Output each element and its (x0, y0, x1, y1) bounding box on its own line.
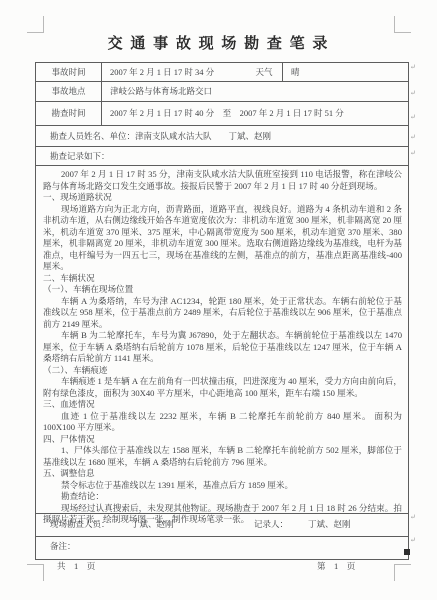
row-end-mark: ↵ (410, 64, 416, 71)
crop-mark-bottom-left (27, 564, 44, 581)
accident-place-value[interactable]: 津岐公路与体育场北路交口 (102, 82, 408, 101)
record-paragraph: 血迹 1 位于基准线以左 2232 厘米，车辆 B 二轮摩托车前轮前方 840 … (43, 411, 402, 434)
weather-value[interactable]: 晴 (283, 63, 408, 81)
record-section-heading: 二、车辆状况 (43, 273, 402, 285)
crop-mark-top-left (27, 16, 44, 33)
survey-time-row: 勘查时间 2007 年 2 月 1 日 17 时 40 分 至 2007 年 2… (36, 102, 408, 126)
survey-time-label: 勘查时间 (36, 102, 102, 125)
row-end-mark: ↵ (410, 537, 416, 544)
row-end-mark: ↵ (410, 90, 416, 97)
crop-mark-top-right (394, 16, 411, 33)
weather-label: 天气 (246, 63, 283, 81)
surveyor-label: 现场勘查人员： (50, 520, 110, 529)
surveyors-line[interactable]: 勘查人员姓名、单位：津南支队咸水沽大队 丁斌、赵刚 (36, 126, 408, 146)
page-title: 交 通 事 故 现 场 勘 查 笔 录 (0, 32, 437, 53)
row-end-mark: ↵ (410, 114, 416, 121)
signature-row: 现场勘查人员： 丁斌、赵刚 记录人： 丁斌、赵刚 (36, 514, 408, 537)
record-paragraph: 车辆 A 为桑塔纳，车号为津 AC1234，轮距 180 厘米，处于正常状态。车… (43, 296, 402, 331)
record-section-heading: 四、尸体情况 (43, 434, 402, 446)
record-section-heading: （一）、车辆在现场位置 (43, 284, 402, 296)
record-section-heading: 一、现场道路状况 (43, 192, 402, 204)
survey-time-value[interactable]: 2007 年 2 月 1 日 17 时 40 分 至 2007 年 2 月 1 … (102, 102, 408, 125)
record-paragraph: 勘查结论： (43, 491, 402, 503)
crop-mark-bottom-right (394, 564, 411, 581)
document-page: 交 通 事 故 现 场 勘 查 笔 录 事故时间 2007 年 2 月 1 日 … (0, 0, 437, 600)
accident-place-row: 事故地点 津岐公路与体育场北路交口 (36, 82, 408, 102)
record-body-row: 2007 年 2 月 1 日 17 时 35 分，津南支队咸水沽大队值班室接到 … (36, 166, 408, 514)
accident-time-value[interactable]: 2007 年 2 月 1 日 17 时 34 分 (102, 63, 246, 81)
record-paragraphs[interactable]: 2007 年 2 月 1 日 17 时 35 分，津南支队咸水沽大队值班室接到 … (36, 166, 408, 526)
accident-time-row: 事故时间 2007 年 2 月 1 日 17 时 34 分 天气 晴 (36, 63, 408, 82)
recorder-label: 记录人： (254, 520, 288, 529)
row-end-mark: ↵ (410, 150, 416, 157)
record-section-heading: 五、调整信息 (43, 468, 402, 480)
record-paragraph: 车辆痕迹 1 是车辆 A 在左前角有一凹状撞击痕，凹进深度为 40 厘米，受力方… (43, 376, 402, 399)
record-paragraph: 1、尸体头部位于基准线以左 1588 厘米，车辆 B 二轮摩托车前轮前方 502… (43, 445, 402, 468)
remarks-label[interactable]: 备注： (50, 542, 76, 551)
record-paragraph: 现场道路方向为正北方向，沥青路面，道路平直，视线良好。道路为 4 条机动车道和 … (43, 204, 402, 273)
current-page: 第 1 页 (317, 560, 355, 572)
record-paragraph: 禁令标志位于基准线以左 1391 厘米，基准点后方 1859 厘米。 (43, 480, 402, 492)
record-paragraph: 2007 年 2 月 1 日 17 时 35 分，津南支队咸水沽大队值班室接到 … (43, 169, 402, 192)
record-table: 事故时间 2007 年 2 月 1 日 17 时 34 分 天气 晴 事故地点 … (35, 62, 409, 560)
surveyor-names[interactable]: 丁斌、赵刚 (131, 520, 174, 529)
accident-time-label: 事故时间 (36, 63, 102, 81)
record-section-heading: （二）、车辆痕迹 (43, 365, 402, 377)
table-resize-handle[interactable] (404, 549, 410, 555)
total-pages: 共 1 页 (57, 560, 95, 572)
record-intro-row: 勘查记录如下： (36, 147, 408, 166)
record-intro: 勘查记录如下： (36, 147, 408, 165)
recorder-names[interactable]: 丁斌、赵刚 (308, 520, 351, 529)
accident-place-label: 事故地点 (36, 82, 102, 101)
record-section-heading: 三、血迹情况 (43, 399, 402, 411)
row-end-mark: ↵ (410, 134, 416, 141)
surveyors-row: 勘查人员姓名、单位：津南支队咸水沽大队 丁斌、赵刚 (36, 126, 408, 147)
record-paragraph: 车辆 B 为二轮摩托车，车号为冀 J67890，处于左翻状态。车辆前轮位于基准线… (43, 330, 402, 365)
row-end-mark: ↵ (410, 514, 416, 521)
remarks-row: 备注： (36, 537, 408, 559)
